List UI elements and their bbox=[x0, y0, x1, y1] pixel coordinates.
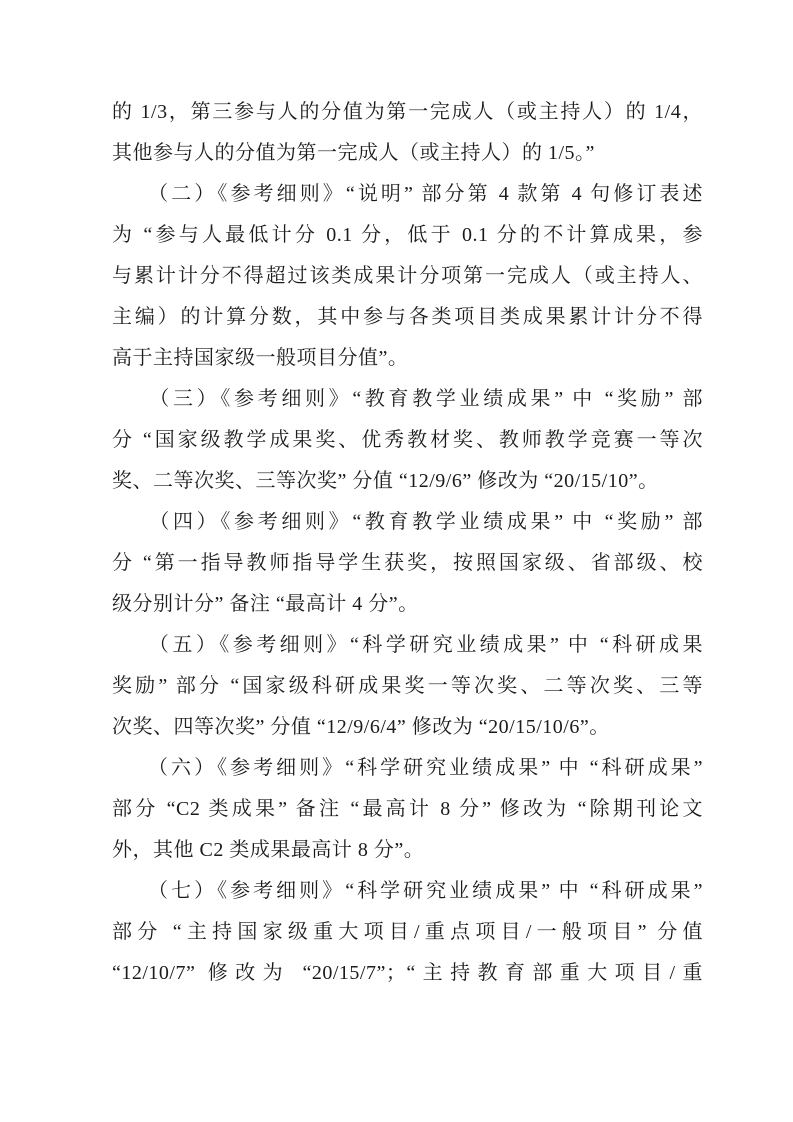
document-line: 其他参与人的分值为第一完成人（或主持人）的 1/5。” bbox=[112, 133, 703, 174]
document-line: 的 1/3，第三参与人的分值为第一完成人（或主持人）的 1/4， bbox=[112, 92, 703, 133]
document-line: 次奖、四等次奖” 分值 “12/9/6/4” 修改为 “20/15/10/6”。 bbox=[112, 707, 703, 748]
document-line: （三）《参考细则》“教育教学业绩成果” 中 “奖励” 部 bbox=[112, 379, 703, 420]
document-line: 奖、二等次奖、三等次奖” 分值 “12/9/6” 修改为 “20/15/10”。 bbox=[112, 461, 703, 502]
document-line: 部分 “C2 类成果” 备注 “最高计 8 分” 修改为 “除期刊论文 bbox=[112, 789, 703, 830]
document-line: （四）《参考细则》“教育教学业绩成果” 中 “奖励” 部 bbox=[112, 502, 703, 543]
document-line: “12/10/7” 修改为 “20/15/7”；“主持教育部重大项目/重 bbox=[112, 953, 703, 994]
document-page: 的 1/3，第三参与人的分值为第一完成人（或主持人）的 1/4， 其他参与人的分… bbox=[0, 0, 793, 1122]
document-line: （六）《参考细则》“科学研究业绩成果” 中 “科研成果” bbox=[112, 748, 703, 789]
document-line: 外，其他 C2 类成果最高计 8 分”。 bbox=[112, 830, 703, 871]
document-line: （二）《参考细则》“说明” 部分第 4 款第 4 句修订表述 bbox=[112, 174, 703, 215]
document-line: 分 “国家级教学成果奖、优秀教材奖、教师教学竞赛一等次 bbox=[112, 420, 703, 461]
document-line: 与累计计分不得超过该类成果计分项第一完成人（或主持人、 bbox=[112, 256, 703, 297]
document-line: （五）《参考细则》“科学研究业绩成果” 中 “科研成果 bbox=[112, 625, 703, 666]
document-line: 为 “参与人最低计分 0.1 分，低于 0.1 分的不计算成果，参 bbox=[112, 215, 703, 256]
document-line: 高于主持国家级一般项目分值”。 bbox=[112, 338, 703, 379]
document-body: 的 1/3，第三参与人的分值为第一完成人（或主持人）的 1/4， 其他参与人的分… bbox=[112, 92, 703, 994]
document-line: 部分 “主持国家级重大项目/重点项目/一般项目” 分值 bbox=[112, 912, 703, 953]
document-line: 级分别计分” 备注 “最高计 4 分”。 bbox=[112, 584, 703, 625]
document-line: 奖励” 部分 “国家级科研成果奖一等次奖、二等次奖、三等 bbox=[112, 666, 703, 707]
document-line: 分 “第一指导教师指导学生获奖，按照国家级、省部级、校 bbox=[112, 543, 703, 584]
document-line: 主编）的计算分数，其中参与各类项目类成果累计计分不得 bbox=[112, 297, 703, 338]
document-line: （七）《参考细则》“科学研究业绩成果” 中 “科研成果” bbox=[112, 871, 703, 912]
